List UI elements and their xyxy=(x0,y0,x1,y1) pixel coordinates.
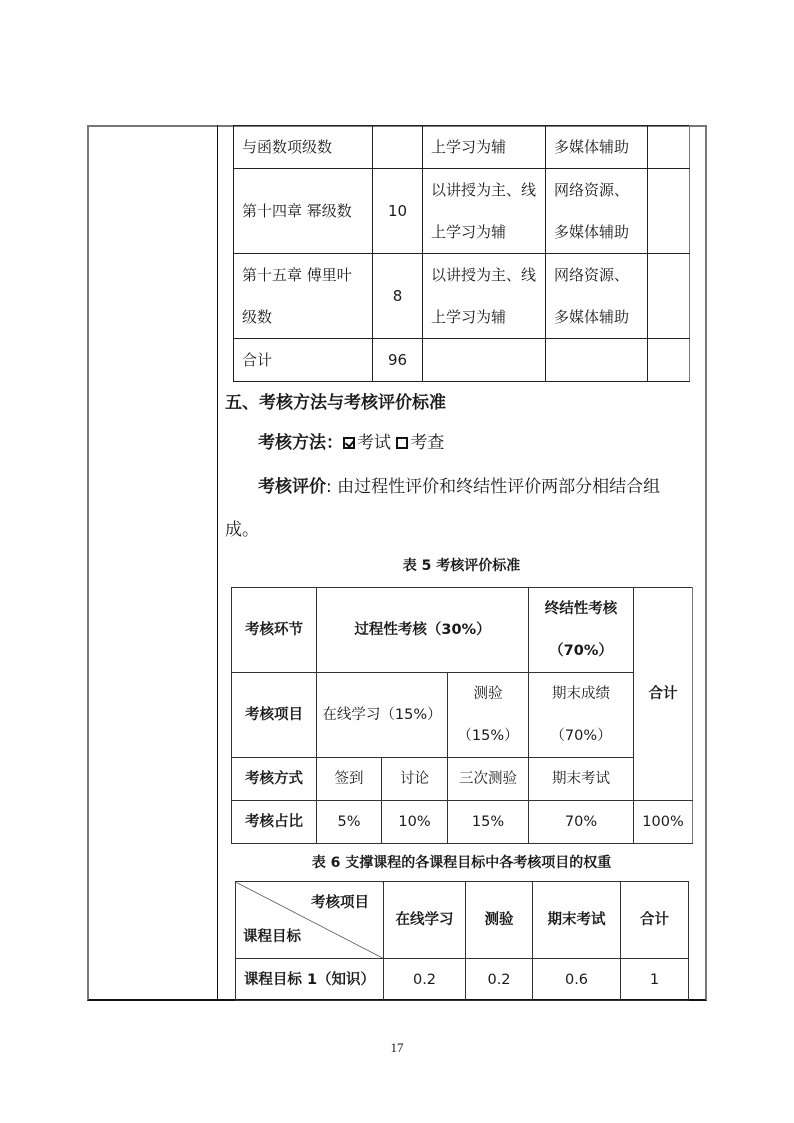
chapter-cell: 第十四章 幂级数 xyxy=(234,169,373,254)
resources-line: 网络资源、 xyxy=(554,169,639,211)
weight-cell: 0.2 xyxy=(384,959,466,1001)
row-label: 考核方式 xyxy=(232,758,317,801)
assessment-method-line: 考核方法：考试 考查 xyxy=(258,428,444,453)
hours-cell: 96 xyxy=(373,339,423,382)
method-cell: 上学习为辅 xyxy=(423,126,546,169)
note-cell xyxy=(648,169,690,254)
note-cell xyxy=(648,339,690,382)
process-header: 过程性考核（30%） xyxy=(317,588,529,673)
chapter-line: 级数 xyxy=(242,296,364,338)
ratio-cell: 15% xyxy=(448,801,529,844)
row-label: 考核环节 xyxy=(232,588,317,673)
table6-caption: 表 6 支撑课程的各课程目标中各考核项目的权重 xyxy=(231,852,692,872)
method-cell: 三次测验 xyxy=(448,758,529,801)
item-final: 期末成绩（70%） xyxy=(529,673,634,758)
chapter-cell: 合计 xyxy=(234,339,373,382)
diag-bottom-label: 课程目标 xyxy=(243,922,301,952)
resources-cell: 网络资源、多媒体辅助 xyxy=(546,254,648,339)
evaluation-label: 考核评价 xyxy=(258,477,326,497)
method-cell: 签到 xyxy=(317,758,382,801)
item-online: 在线学习（15%） xyxy=(317,673,448,758)
column-header: 合计 xyxy=(621,882,689,959)
hours-cell: 8 xyxy=(373,254,423,339)
objective-weight-table: 考核项目 课程目标 在线学习 测验 期末考试 合计 课程目标 1（知识） 0.2… xyxy=(235,881,689,1001)
method-cell xyxy=(423,339,546,382)
table-row: 课程目标 1（知识） 0.2 0.2 0.6 1 xyxy=(236,959,689,1001)
frame-divider xyxy=(217,125,218,1001)
chapter-cell: 第十五章 傅里叶级数 xyxy=(234,254,373,339)
table-row: 考核占比 5% 10% 15% 70% 100% xyxy=(232,801,693,844)
note-cell xyxy=(648,254,690,339)
hours-cell xyxy=(373,126,423,169)
item-line: 测验 xyxy=(448,673,528,715)
weight-cell: 1 xyxy=(621,959,689,1001)
schedule-table: 与函数项级数 上学习为辅 多媒体辅助 第十四章 幂级数 10 以讲授为主、线上学… xyxy=(233,125,690,382)
table-row: 第十四章 幂级数 10 以讲授为主、线上学习为辅 网络资源、多媒体辅助 xyxy=(234,169,690,254)
resources-line: 多媒体辅助 xyxy=(554,296,639,338)
item-line: （15%） xyxy=(448,715,528,757)
column-header: 期末考试 xyxy=(533,882,621,959)
column-header: 在线学习 xyxy=(384,882,466,959)
note-cell xyxy=(648,126,690,169)
method-cell: 期末考试 xyxy=(529,758,634,801)
row-label: 考核项目 xyxy=(232,673,317,758)
resources-cell: 网络资源、多媒体辅助 xyxy=(546,169,648,254)
option-review-label: 考查 xyxy=(410,433,444,453)
item-quiz: 测验（15%） xyxy=(448,673,529,758)
item-line: （70%） xyxy=(529,715,633,757)
evaluation-text-cont: 成。 xyxy=(225,515,259,540)
method-line: 上学习为辅 xyxy=(431,211,537,253)
column-header: 测验 xyxy=(466,882,533,959)
resources-line: 多媒体辅助 xyxy=(554,211,639,253)
page-number: 17 xyxy=(0,1040,794,1056)
method-cell: 讨论 xyxy=(382,758,448,801)
table-row: 与函数项级数 上学习为辅 多媒体辅助 xyxy=(234,126,690,169)
item-line: 期末成绩 xyxy=(529,673,633,715)
final-header-line: 终结性考核 xyxy=(529,588,633,630)
table-row: 考核方式 签到 讨论 三次测验 期末考试 xyxy=(232,758,693,801)
row-label: 课程目标 1（知识） xyxy=(236,959,384,1001)
ratio-cell: 70% xyxy=(529,801,634,844)
hours-cell: 10 xyxy=(373,169,423,254)
method-cell: 以讲授为主、线上学习为辅 xyxy=(423,169,546,254)
diagonal-header-cell: 考核项目 课程目标 xyxy=(236,882,384,959)
diag-top-label: 考核项目 xyxy=(311,888,369,918)
table-row: 考核环节 过程性考核（30%） 终结性考核（70%） 合计 xyxy=(232,588,693,673)
option-exam-label: 考试 xyxy=(357,433,391,453)
table5-caption: 表 5 考核评价标准 xyxy=(231,555,692,575)
assessment-standard-table: 考核环节 过程性考核（30%） 终结性考核（70%） 合计 考核项目 在线学习（… xyxy=(231,587,693,844)
method-cell: 以讲授为主、线上学习为辅 xyxy=(423,254,546,339)
ratio-cell: 100% xyxy=(634,801,693,844)
weight-cell: 0.2 xyxy=(466,959,533,1001)
checkbox-checked-icon[interactable] xyxy=(343,437,355,449)
chapter-cell: 与函数项级数 xyxy=(234,126,373,169)
section-heading: 五、考核方法与考核评价标准 xyxy=(225,388,446,413)
resources-line: 网络资源、 xyxy=(554,254,639,296)
final-header-line: （70%） xyxy=(529,630,633,672)
table-row: 第十五章 傅里叶级数 8 以讲授为主、线上学习为辅 网络资源、多媒体辅助 xyxy=(234,254,690,339)
table-row: 合计 96 xyxy=(234,339,690,382)
evaluation-paragraph: 考核评价: 由过程性评价和终结性评价两部分相结合组 xyxy=(258,472,660,497)
total-header: 合计 xyxy=(634,588,693,801)
weight-cell: 0.6 xyxy=(533,959,621,1001)
evaluation-text: : 由过程性评价和终结性评价两部分相结合组 xyxy=(326,477,660,497)
table-row: 考核项目 在线学习（15%） 测验（15%） 期末成绩（70%） xyxy=(232,673,693,758)
method-line: 上学习为辅 xyxy=(431,296,537,338)
table-row: 考核项目 课程目标 在线学习 测验 期末考试 合计 xyxy=(236,882,689,959)
checkbox-unchecked-icon[interactable] xyxy=(396,437,408,449)
chapter-line: 第十五章 傅里叶 xyxy=(242,254,364,296)
resources-cell: 多媒体辅助 xyxy=(546,126,648,169)
resources-cell xyxy=(546,339,648,382)
row-label: 考核占比 xyxy=(232,801,317,844)
method-line: 以讲授为主、线 xyxy=(431,169,537,211)
method-line: 以讲授为主、线 xyxy=(431,254,537,296)
final-header: 终结性考核（70%） xyxy=(529,588,634,673)
ratio-cell: 10% xyxy=(382,801,448,844)
method-label: 考核方法： xyxy=(258,433,343,453)
ratio-cell: 5% xyxy=(317,801,382,844)
